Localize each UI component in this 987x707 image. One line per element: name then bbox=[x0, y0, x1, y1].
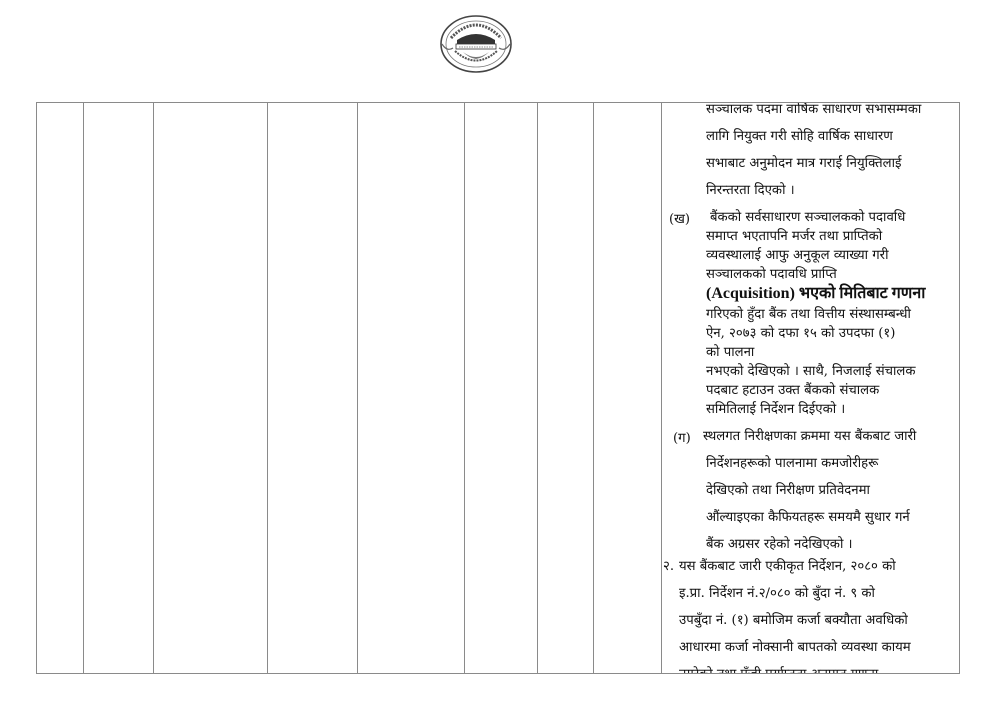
text-line: सञ्चालक पदमा वार्षिक साधारण सभासम्मका bbox=[706, 103, 921, 117]
text-line: बैंक अग्रसर रहेको नदेखिएको । bbox=[706, 534, 853, 552]
text-line: गरिएको हुँदा बैंक तथा वित्तीय संस्थासम्ब… bbox=[706, 304, 911, 322]
text-line: ऐन, २०७३ को दफा १५ को उपदफा (१) bbox=[706, 323, 895, 341]
column-divider bbox=[83, 103, 84, 673]
column-divider bbox=[153, 103, 154, 673]
column-divider bbox=[593, 103, 594, 673]
text-line: पदबाट हटाउन उक्त बैंकको संचालक bbox=[706, 380, 879, 398]
text-line: बैंकको सर्वसाधारण सञ्चालकको पदावधि bbox=[710, 207, 905, 225]
column-divider bbox=[661, 103, 662, 673]
text-line: उपबुँदा नं. (१) बमोजिम कर्जा बक्यौता अवध… bbox=[679, 610, 908, 628]
column-divider bbox=[537, 103, 538, 673]
text-line: सञ्चालकको पदावधि प्राप्ति bbox=[706, 264, 837, 282]
text-line: समितिलाई निर्देशन दिईएको । bbox=[706, 399, 845, 417]
text-line: आधारमा कर्जा नोक्सानी बापतको व्यवस्था का… bbox=[679, 637, 911, 655]
text-line: समाप्त भएतापनि मर्जर तथा प्राप्तिको bbox=[706, 226, 882, 244]
text-line: (Acquisition) भएको मितिबाट गणना bbox=[706, 281, 925, 303]
text-line: नगरेको तथा पुँजी पर्याप्तता अनुपात गणना bbox=[679, 664, 878, 673]
text-line: नभएको देखिएको । साथै, निजलाई संचालक bbox=[706, 361, 916, 379]
text-line: औंल्याइएका कैफियतहरू समयमै सुधार गर्न bbox=[706, 507, 910, 525]
text-line: निर्देशनहरूको पालनामा कमजोरीहरू bbox=[706, 453, 878, 471]
text-line: इ.प्रा. निर्देशन नं.२/०८० को बुँदा नं. ९… bbox=[679, 583, 875, 601]
text-line: सभाबाट अनुमोदन मात्र गराई नियुक्तिलाई bbox=[706, 153, 901, 171]
emblem-icon bbox=[439, 14, 513, 74]
text-line: निरन्तरता दिएको । bbox=[706, 180, 795, 198]
list-marker: (ख) bbox=[669, 209, 690, 227]
document-table: सञ्चालक पदमा वार्षिक साधारण सभासम्मका ला… bbox=[36, 102, 960, 674]
text-line: यस बैंकबाट जारी एकीकृत निर्देशन, २०८० को bbox=[679, 556, 896, 574]
remarks-cell: सञ्चालक पदमा वार्षिक साधारण सभासम्मका ला… bbox=[663, 103, 959, 673]
text-line: व्यवस्थालाई आफु अनुकूल व्याख्या गरी bbox=[706, 245, 889, 263]
list-marker: २. bbox=[663, 556, 674, 574]
text-line: को पालना bbox=[706, 342, 754, 360]
text-line: स्थलगत निरीक्षणका क्रममा यस बैंकबाट जारी bbox=[703, 426, 916, 444]
column-divider bbox=[357, 103, 358, 673]
column-divider bbox=[464, 103, 465, 673]
text-line: देखिएको तथा निरीक्षण प्रतिवेदनमा bbox=[706, 480, 870, 498]
column-divider bbox=[267, 103, 268, 673]
bank-emblem-logo bbox=[439, 14, 513, 74]
text-line: लागि नियुक्त गरी सोहि वार्षिक साधारण bbox=[706, 126, 893, 144]
list-marker: (ग) bbox=[673, 428, 691, 446]
